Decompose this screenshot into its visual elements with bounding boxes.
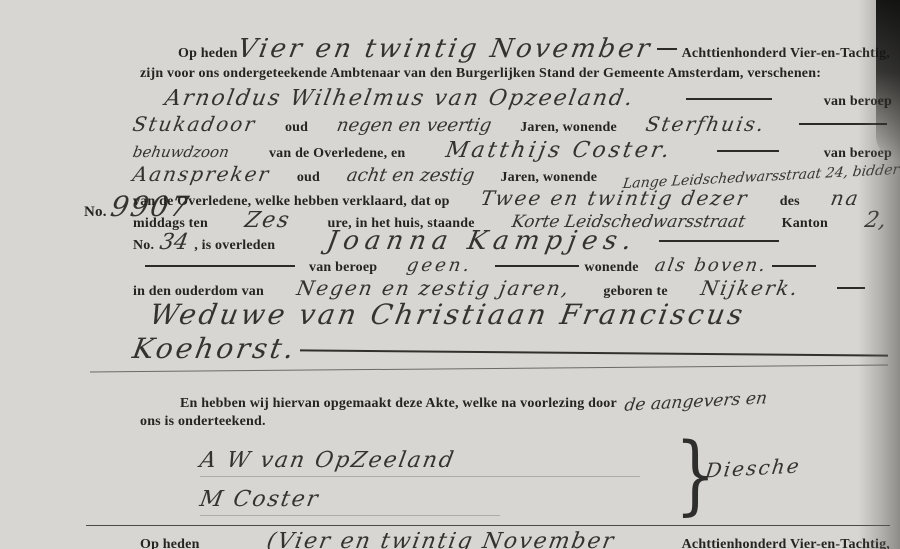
handwritten-aangevers: de aangevers en bbox=[623, 388, 768, 415]
handwritten-age1: negen en veertig bbox=[335, 115, 493, 136]
flourish-line bbox=[300, 349, 888, 356]
act-line-registrar: zijn voor ons ondergeteekende Ambtenaar … bbox=[140, 66, 892, 82]
dash-stroke bbox=[659, 240, 779, 242]
dash-stroke bbox=[495, 265, 579, 267]
act-line-declarant2-name: behuwdzoon van de Overledene, en Matthij… bbox=[133, 138, 892, 163]
signature-underline: M Coster bbox=[200, 487, 500, 516]
act-line-deceased-name: No. 34 , is overleden Joanna Kampjes. bbox=[133, 226, 892, 256]
signature-declarant1: A W van OpZeeland bbox=[200, 448, 640, 477]
closing-clause-line1: En hebben wij hiervan opgemaakt deze Akt… bbox=[180, 392, 892, 412]
handwritten-deceased-age: Negen en zestig jaren, bbox=[295, 276, 573, 300]
printed-closing-clause: En hebben wij hiervan opgemaakt deze Akt… bbox=[180, 396, 617, 412]
printed-wonende: wonende bbox=[584, 260, 638, 276]
act-line-deceased-details: van beroep geen. wonende als boven. bbox=[140, 255, 892, 276]
signature-declarant2: M Coster bbox=[200, 487, 500, 516]
printed-jaren-wonende: Jaren, wonende bbox=[520, 120, 617, 136]
handwritten-widow-surname: Koehorst. bbox=[130, 332, 299, 365]
death-record-scan: No. 9907 Op heden Vier en twintig Novemb… bbox=[0, 0, 900, 549]
handwritten-date: Vier en twintig November bbox=[235, 34, 654, 64]
act-line-widow-surname: Koehorst. bbox=[133, 332, 296, 365]
printed-oud: oud bbox=[285, 120, 308, 136]
dash-stroke bbox=[686, 98, 772, 100]
book-gutter-dark-edge bbox=[876, 0, 900, 160]
act-line-death-date: van de Overledene, welke hebben verklaar… bbox=[133, 186, 860, 210]
dash-stroke bbox=[717, 150, 779, 152]
act-line-age-birthplace: in den ouderdom van Negen en zestig jare… bbox=[133, 276, 870, 300]
handwritten-deceased-profession: geen. bbox=[405, 255, 474, 276]
next-act-line: Op heden (Vier en twintig November Achtt… bbox=[140, 529, 890, 549]
dash-stroke bbox=[657, 48, 677, 50]
printed-van-beroep-3: van beroep bbox=[309, 260, 377, 276]
printed-registrar-clause: zijn voor ons ondergeteekende Ambtenaar … bbox=[140, 66, 821, 82]
dash-stroke bbox=[145, 265, 295, 267]
act-line-declarant1-details: Stukadoor oud negen en veertig Jaren, wo… bbox=[133, 112, 892, 136]
handwritten-deceased-residence: als boven. bbox=[653, 255, 769, 276]
printed-op-heden-next: Op heden bbox=[140, 537, 200, 549]
signature-underline: A W van OpZeeland bbox=[200, 448, 640, 477]
act-line-declarant2-details: Aanspreker oud acht en zestig Jaren, won… bbox=[133, 162, 898, 186]
handwritten-profession2: Aanspreker bbox=[131, 162, 272, 186]
handwritten-declarant1-name: Arnoldus Wilhelmus van Opzeeland. bbox=[163, 86, 637, 111]
closing-clause-line2: ons is onderteekend. bbox=[140, 414, 266, 430]
handwritten-signature-1: A W van OpZeeland bbox=[198, 448, 457, 473]
printed-is-overleden: , is overleden bbox=[194, 238, 275, 254]
act-line-widow: Weduwe van Christiaan Franciscus bbox=[150, 298, 745, 331]
printed-jaren-wonende-2: Jaren, wonende bbox=[500, 170, 597, 186]
printed-oud-2: oud bbox=[297, 170, 320, 186]
handwritten-deceased-name: Joanna Kampjes. bbox=[325, 226, 640, 256]
signature-official: Diesche bbox=[706, 456, 800, 480]
handwritten-residence1: Sterfhuis. bbox=[644, 112, 768, 136]
handwritten-relation1: behuwdzoon bbox=[131, 143, 230, 161]
handwritten-widow-of: Weduwe van Christiaan Franciscus bbox=[147, 298, 748, 331]
flourish-line bbox=[90, 365, 888, 373]
handwritten-birthplace: Nijkerk. bbox=[699, 276, 801, 300]
handwritten-date-next: (Vier en twintig November bbox=[264, 529, 617, 549]
printed-ondertekend: ons is onderteekend. bbox=[140, 414, 266, 430]
register-number-label: No. bbox=[84, 204, 107, 221]
printed-op-heden: Op heden bbox=[178, 46, 238, 62]
act-line-date: Op heden Vier en twintig November Achtti… bbox=[178, 34, 890, 64]
handwritten-age2: acht en zestig bbox=[345, 165, 476, 186]
act-separator-rule bbox=[86, 525, 890, 526]
handwritten-signature-official: Diesche bbox=[704, 454, 802, 483]
handwritten-profession1: Stukadoor bbox=[131, 112, 258, 136]
handwritten-signature-2: M Coster bbox=[198, 487, 322, 512]
printed-van-de-overledene-en: van de Overledene, en bbox=[269, 146, 405, 162]
act-line-declarant1-name: Arnoldus Wilhelmus van Opzeeland. van be… bbox=[165, 86, 892, 111]
dash-stroke bbox=[772, 265, 816, 267]
printed-no: No. bbox=[133, 238, 154, 254]
handwritten-declarant2-name: Matthijs Coster. bbox=[443, 138, 673, 163]
handwritten-death-date: Twee en twintig dezer bbox=[479, 186, 751, 210]
handwritten-house-number: 34 bbox=[158, 230, 190, 255]
